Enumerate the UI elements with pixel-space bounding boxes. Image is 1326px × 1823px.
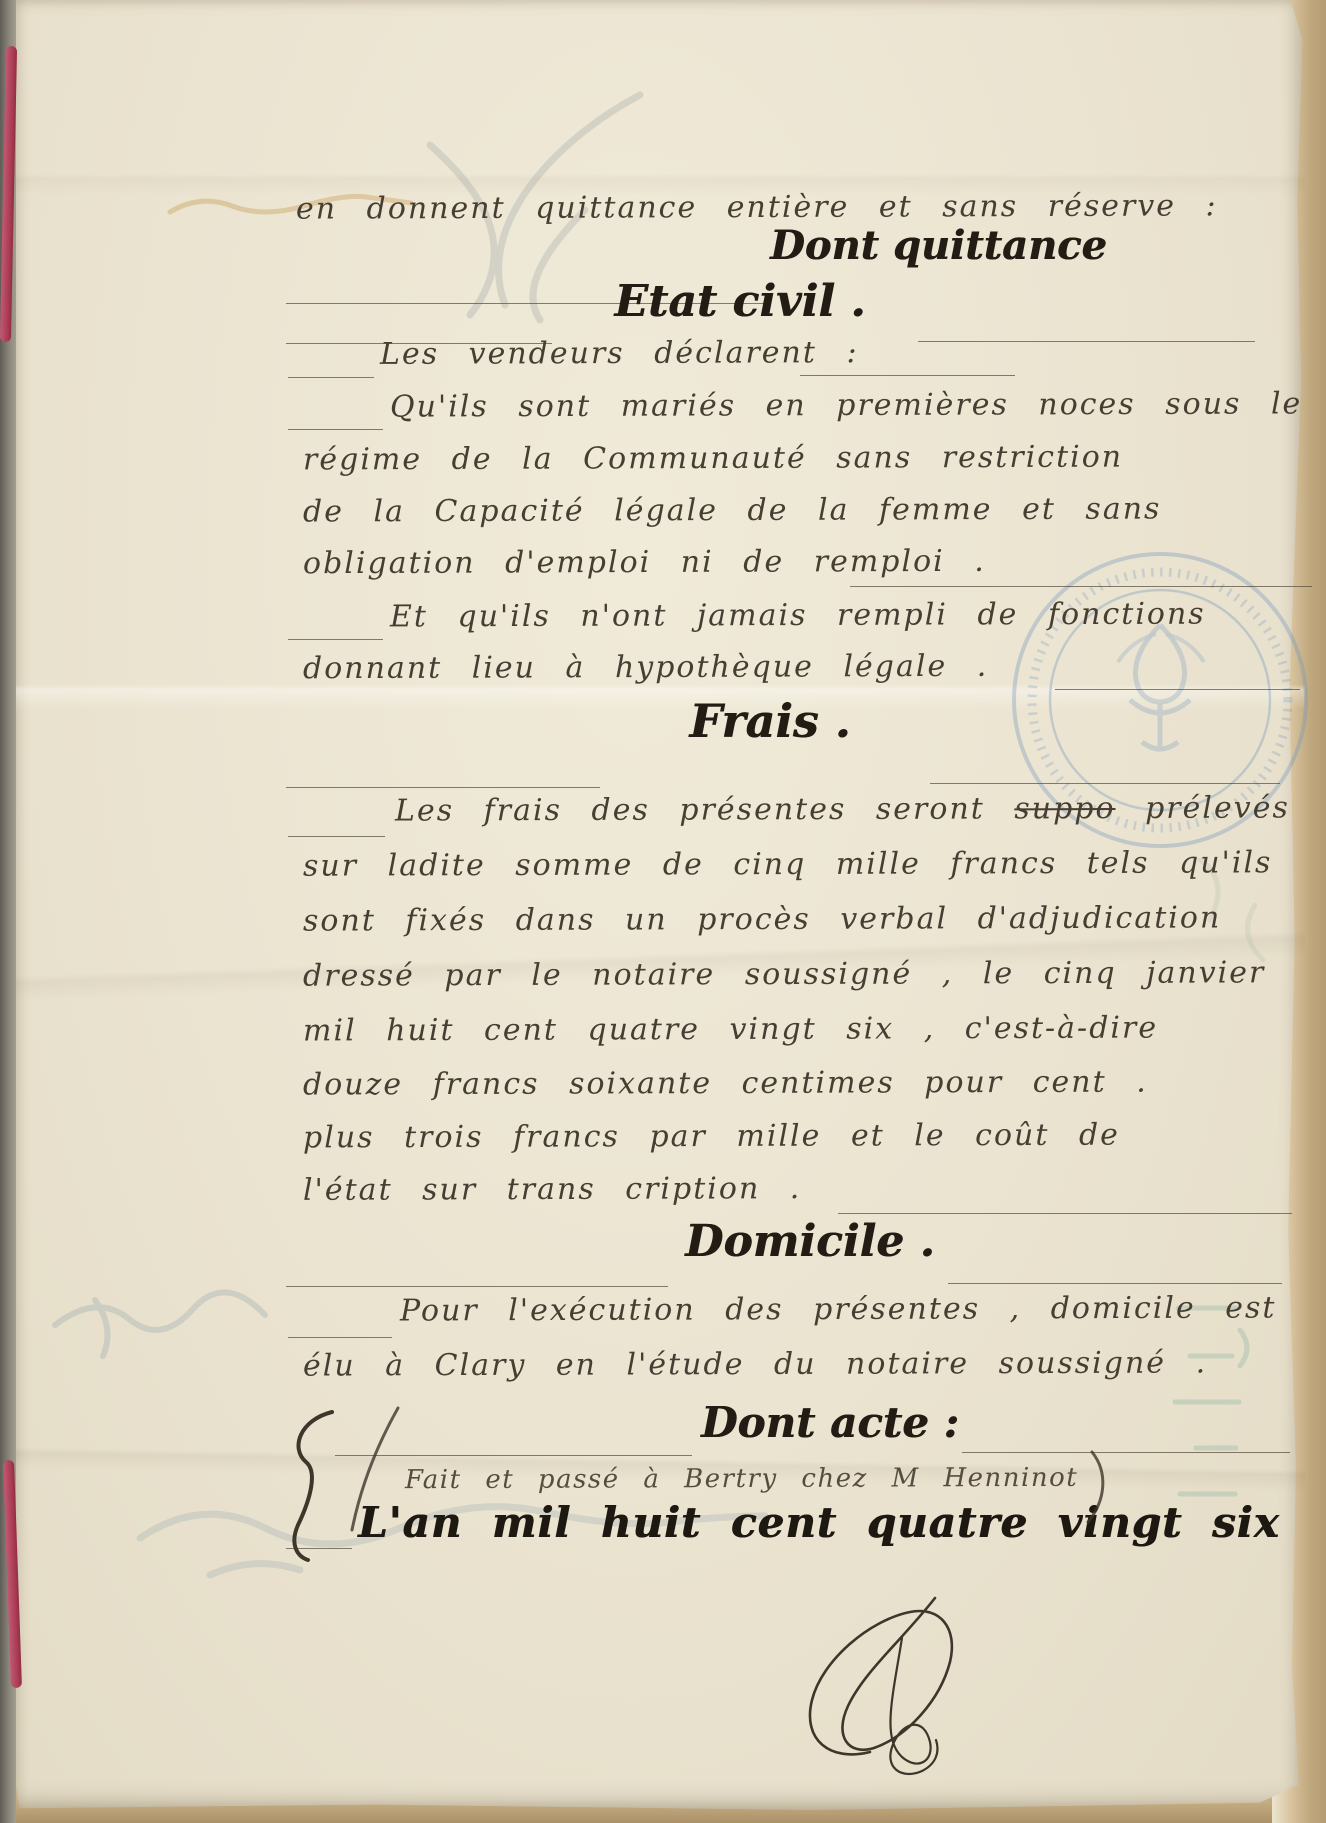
scanned-manuscript-page: en donnent quittance entière et sans rés… <box>0 0 1326 1823</box>
manuscript-line: régime de la Communauté sans restriction <box>303 440 1123 478</box>
manuscript-line: de la Capacité légale de la femme et san… <box>303 492 1162 530</box>
manuscript-line: en donnent quittance entière et sans rés… <box>296 188 1218 226</box>
manuscript-line: donnant lieu à hypothèque légale . <box>303 649 988 686</box>
section-heading-frais: Frais . <box>620 694 920 748</box>
manuscript-line: douze francs soixante centimes pour cent… <box>303 1065 1148 1103</box>
section-heading-dont-acte: Dont acte : <box>680 1398 980 1447</box>
frais-suffix: prélevés <box>1115 790 1289 826</box>
manuscript-line: Pour l'exécution des présentes , domicil… <box>400 1290 1277 1328</box>
ink-rule <box>286 1286 668 1287</box>
ink-rule <box>288 836 385 837</box>
ink-rule <box>288 1337 392 1338</box>
manuscript-line: Fait et passé à Bertry chez M Henninot <box>405 1463 1078 1495</box>
manuscript-line: Les vendeurs déclarent : <box>380 335 859 372</box>
manuscript-line: mil huit cent quatre vingt six , c'est-à… <box>303 1011 1158 1049</box>
manuscript-line: Les frais des présentes seront suppo pré… <box>395 790 1290 828</box>
ink-rule <box>850 586 1312 587</box>
ink-rule <box>286 1548 352 1549</box>
manuscript-line: sur ladite somme de cinq mille francs te… <box>303 845 1273 883</box>
manuscript-line: dressé par le notaire soussigné , le cin… <box>303 955 1265 993</box>
ink-rule <box>948 1283 1282 1284</box>
manuscript-line: sont fixés dans un procès verbal d'adjud… <box>303 900 1221 938</box>
frais-prefix: Les frais des présentes seront <box>395 791 1014 828</box>
section-heading-domicile: Domicile . <box>660 1216 960 1267</box>
manuscript-line: Qu'ils sont mariés en premières noces so… <box>390 386 1302 424</box>
ink-rule <box>335 1455 692 1456</box>
manuscript-line: plus trois francs par mille et le coût d… <box>303 1118 1120 1156</box>
ink-rule <box>288 639 383 640</box>
struck-word: suppo <box>1014 791 1115 826</box>
ink-rule <box>288 377 374 378</box>
ink-rule <box>800 375 1015 376</box>
ink-rule <box>286 787 600 788</box>
ink-rule <box>288 429 383 430</box>
section-heading-dont-quittance: Dont quittance <box>770 222 1107 269</box>
closing-year-line: L'an mil huit cent quatre vingt six <box>358 1498 1280 1547</box>
manuscript-line: Et qu'ils n'ont jamais rempli de fonctio… <box>390 597 1206 635</box>
ink-rule <box>918 341 1255 342</box>
manuscript-line: l'état sur trans cription . <box>303 1171 801 1208</box>
manuscript-line: obligation d'emploi ni de remploi . <box>303 544 986 581</box>
ink-rule <box>1055 689 1300 690</box>
manuscript-line: élu à Clary en l'étude du notaire soussi… <box>303 1345 1207 1383</box>
ink-rule <box>962 1452 1290 1453</box>
ink-rule <box>838 1213 1292 1214</box>
section-heading-etat-civil: Etat civil . <box>500 276 980 327</box>
ink-rule <box>930 783 1280 784</box>
